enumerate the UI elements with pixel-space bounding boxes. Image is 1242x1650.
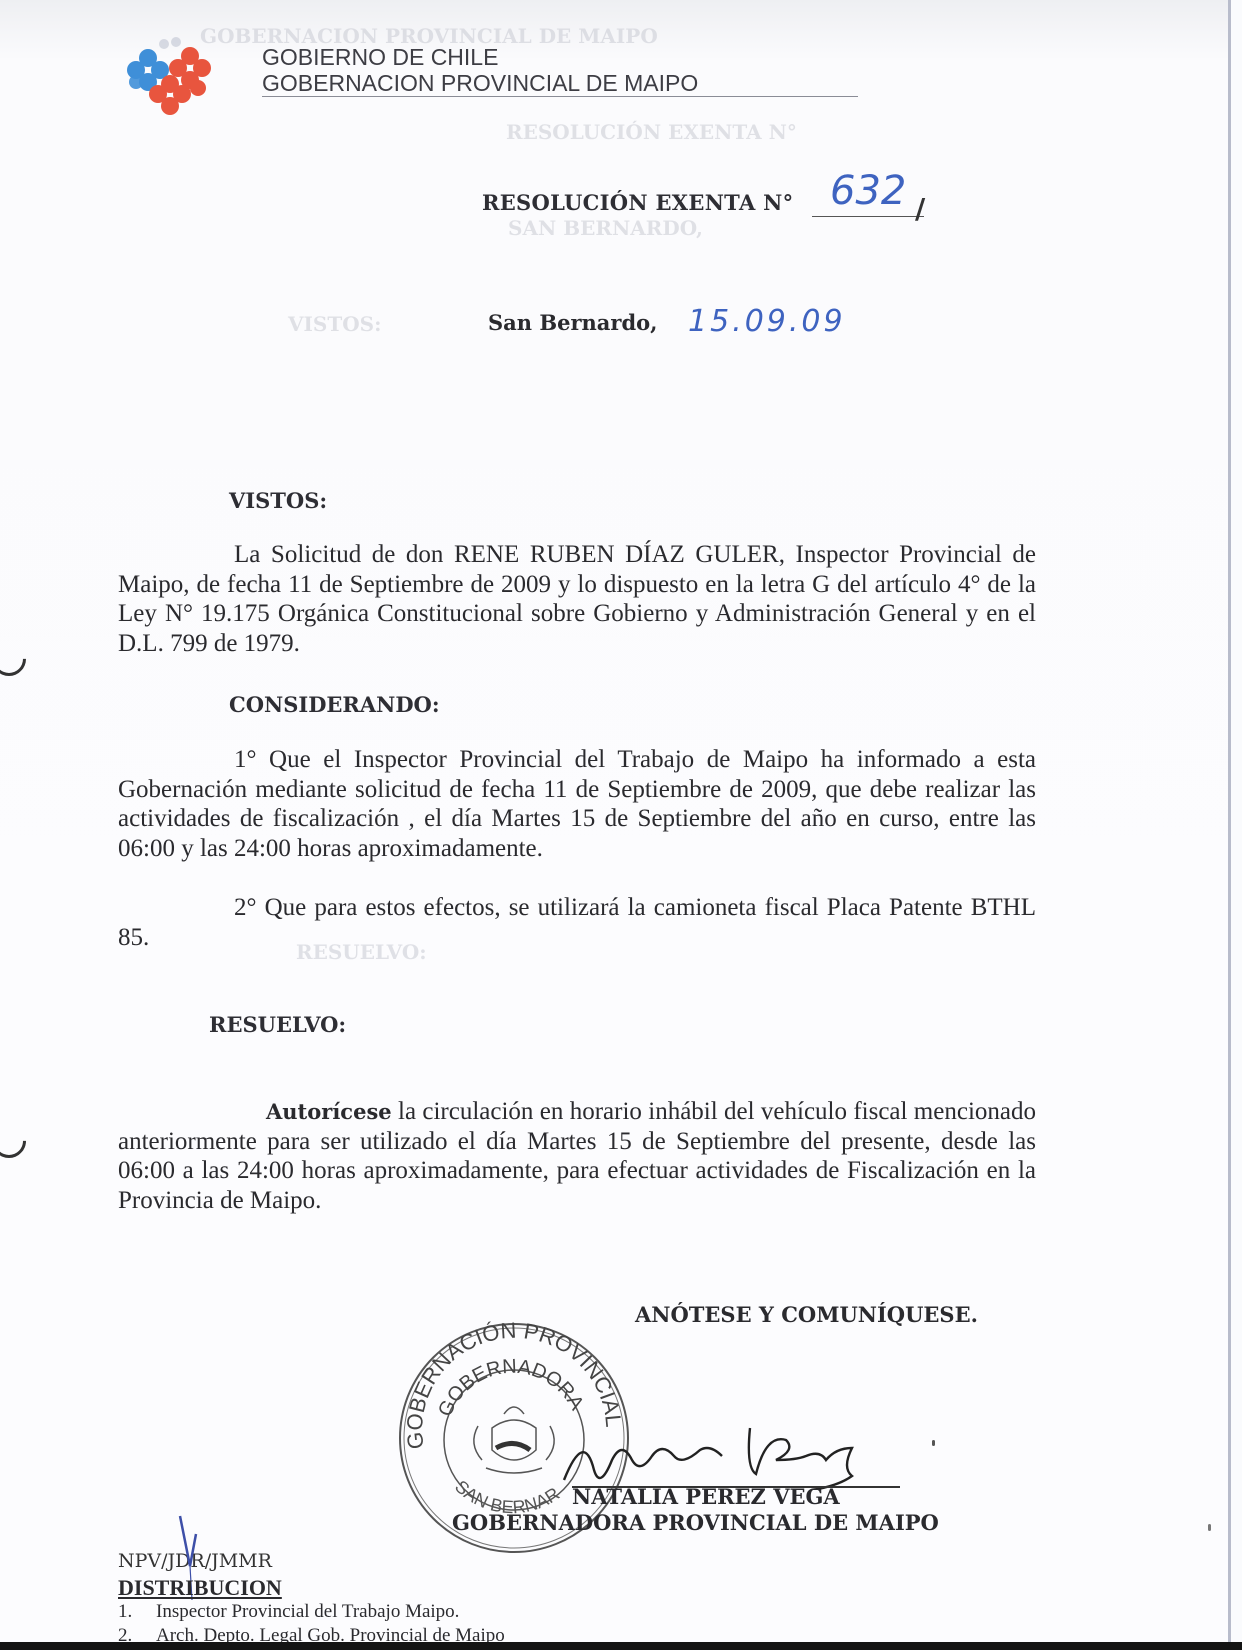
resuelvo-heading: RESUELVO:: [209, 1012, 346, 1037]
considerando-item-2: 2° Que para estos efectos, se utilizará …: [118, 893, 1036, 952]
ghost-place: SAN BERNARDO,: [508, 216, 703, 240]
distribution-list: 1.Inspector Provincial del Trabajo Maipo…: [118, 1600, 505, 1648]
document-page: GOBERNACION PROVINCIAL DE MAIPO RESOLUCI…: [0, 0, 1228, 1642]
signer-name: NATALIA PEREZ VEGA: [572, 1484, 840, 1509]
ink-mark: [1208, 1524, 1211, 1531]
signer-title: GOBERNADORA PROVINCIAL DE MAIPO: [452, 1510, 939, 1535]
distribution-heading: DISTRIBUCION: [118, 1575, 282, 1601]
vistos-heading: VISTOS:: [229, 488, 327, 513]
resolution-number-underline: [812, 216, 924, 217]
ghost-title: RESOLUCIÓN EXENTA N°: [506, 120, 797, 144]
vistos-paragraph: La Solicitud de don RENE RUBEN DÍAZ GULE…: [118, 540, 1036, 658]
gobierno-de-chile-logo: [118, 36, 228, 122]
coat-of-arms-icon: [474, 1407, 554, 1473]
ink-mark: [932, 1440, 935, 1446]
anotese-comuniquese: ANÓTESE Y COMUNÍQUESE.: [635, 1302, 978, 1327]
ghost-vistos: VISTOS:: [288, 312, 381, 336]
org-line-2: GOBERNACION PROVINCIAL DE MAIPO: [262, 70, 698, 96]
letterhead: GOBIERNO DE CHILE GOBERNACION PROVINCIAL…: [262, 44, 698, 96]
resolution-number: 632: [830, 168, 906, 214]
header-divider: [262, 96, 858, 97]
distribution-item: 1.Inspector Provincial del Trabajo Maipo…: [118, 1600, 505, 1624]
resuelvo-lead: Autorícese: [266, 1099, 392, 1124]
resuelvo-text: la circulación en horario inhábil del ve…: [118, 1098, 1036, 1214]
considerando-item-1: 1° Que el Inspector Provincial del Traba…: [118, 745, 1036, 863]
org-line-1: GOBIERNO DE CHILE: [262, 44, 698, 70]
handwritten-signature: [560, 1410, 910, 1490]
handwritten-date: 15.09.09: [688, 304, 846, 339]
resuelvo-paragraph: Autorícese la circulación en horario inh…: [118, 1097, 1036, 1215]
punch-hole: [0, 1117, 33, 1165]
scan-bottom-border: [0, 1642, 1242, 1650]
place-label: San Bernardo,: [488, 310, 657, 335]
slash-mark: /: [915, 192, 925, 225]
considerando-heading: CONSIDERANDO:: [229, 692, 440, 717]
resolution-title: RESOLUCIÓN EXENTA N°: [482, 190, 793, 215]
punch-hole: [0, 635, 33, 683]
scan-margin: [1231, 0, 1242, 1642]
